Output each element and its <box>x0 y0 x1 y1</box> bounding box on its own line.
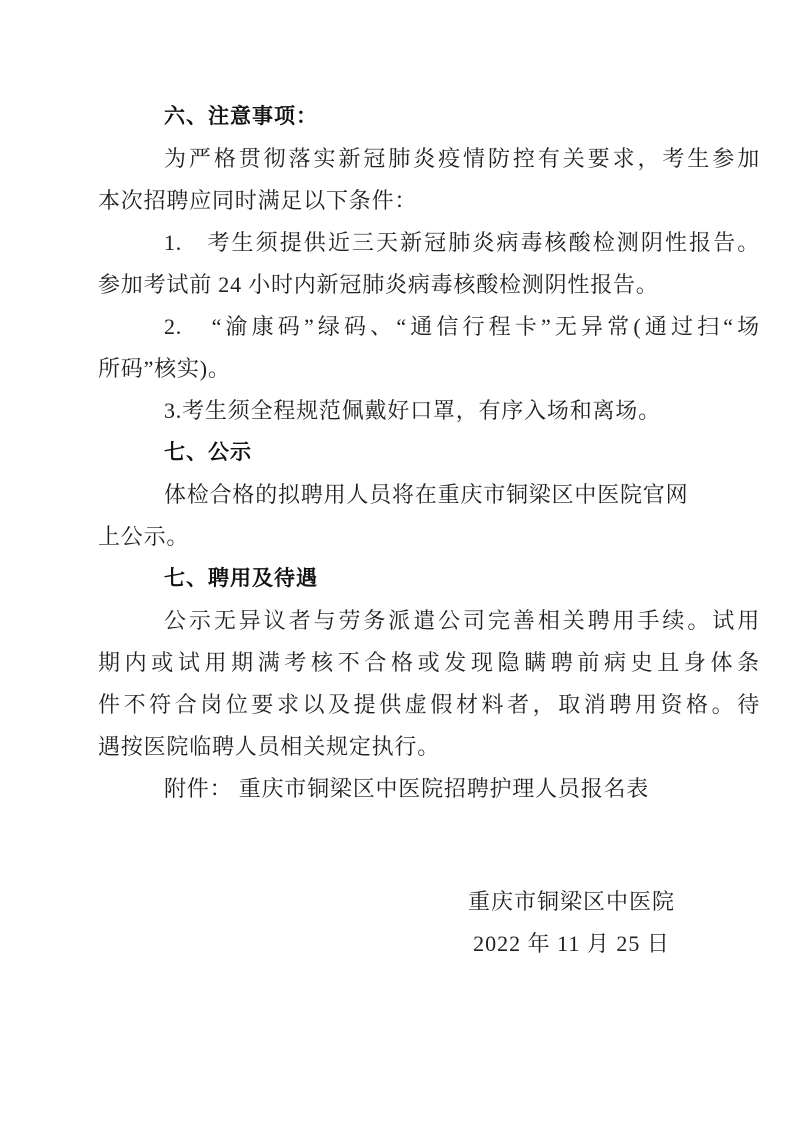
list-item-3: 3.考生须全程规范佩戴好口罩，有序入场和离场。 <box>98 390 760 432</box>
document-page: 六、注意事项： 为严格贯彻落实新冠肺炎疫情防控有关要求，考生参加 本次招聘应同时… <box>0 0 793 1122</box>
paragraph-publicity-line-1: 体检合格的拟聘用人员将在重庆市铜梁区中医院官网 <box>98 474 760 516</box>
paragraph-covid-line-1: 为严格贯彻落实新冠肺炎疫情防控有关要求，考生参加 <box>98 138 760 180</box>
paragraph-publicity-line-2: 上公示。 <box>98 516 760 558</box>
paragraph-employment-line-1: 公示无异议者与劳务派遣公司完善相关聘用手续。试用 <box>98 600 760 642</box>
signature-organization: 重庆市铜梁区中医院 <box>468 881 675 923</box>
list-item-1-line-2: 参加考试前 24 小时内新冠肺炎病毒核酸检测阴性报告。 <box>98 264 760 306</box>
attachment-line: 附件： 重庆市铜梁区中医院招聘护理人员报名表 <box>98 768 760 810</box>
paragraph-employment-line-2: 期内或试用期满考核不合格或发现隐瞒聘前病史且身体条 <box>98 642 760 684</box>
paragraph-employment-line-4: 遇按医院临聘人员相关规定执行。 <box>98 726 760 768</box>
blank-space <box>98 810 760 881</box>
section-heading-publicity: 七、公示 <box>98 432 760 474</box>
paragraph-employment-line-3: 件不符合岗位要求以及提供虚假材料者，取消聘用资格。待 <box>98 684 760 726</box>
paragraph-covid-line-2: 本次招聘应同时满足以下条件： <box>98 180 760 222</box>
list-item-2-line-2: 所码”核实)。 <box>98 348 760 390</box>
signature-date: 2022 年 11 月 25 日 <box>468 923 675 965</box>
list-item-2-line-1: 2. “渝康码”绿码、“通信行程卡”无异常(通过扫“场 <box>98 306 760 348</box>
section-heading-employment: 七、聘用及待遇 <box>98 558 760 600</box>
list-item-1-line-1: 1. 考生须提供近三天新冠肺炎病毒核酸检测阴性报告。 <box>98 222 760 264</box>
signature-block: 重庆市铜梁区中医院 2022 年 11 月 25 日 <box>468 881 675 965</box>
section-heading-notes: 六、注意事项： <box>98 96 760 138</box>
